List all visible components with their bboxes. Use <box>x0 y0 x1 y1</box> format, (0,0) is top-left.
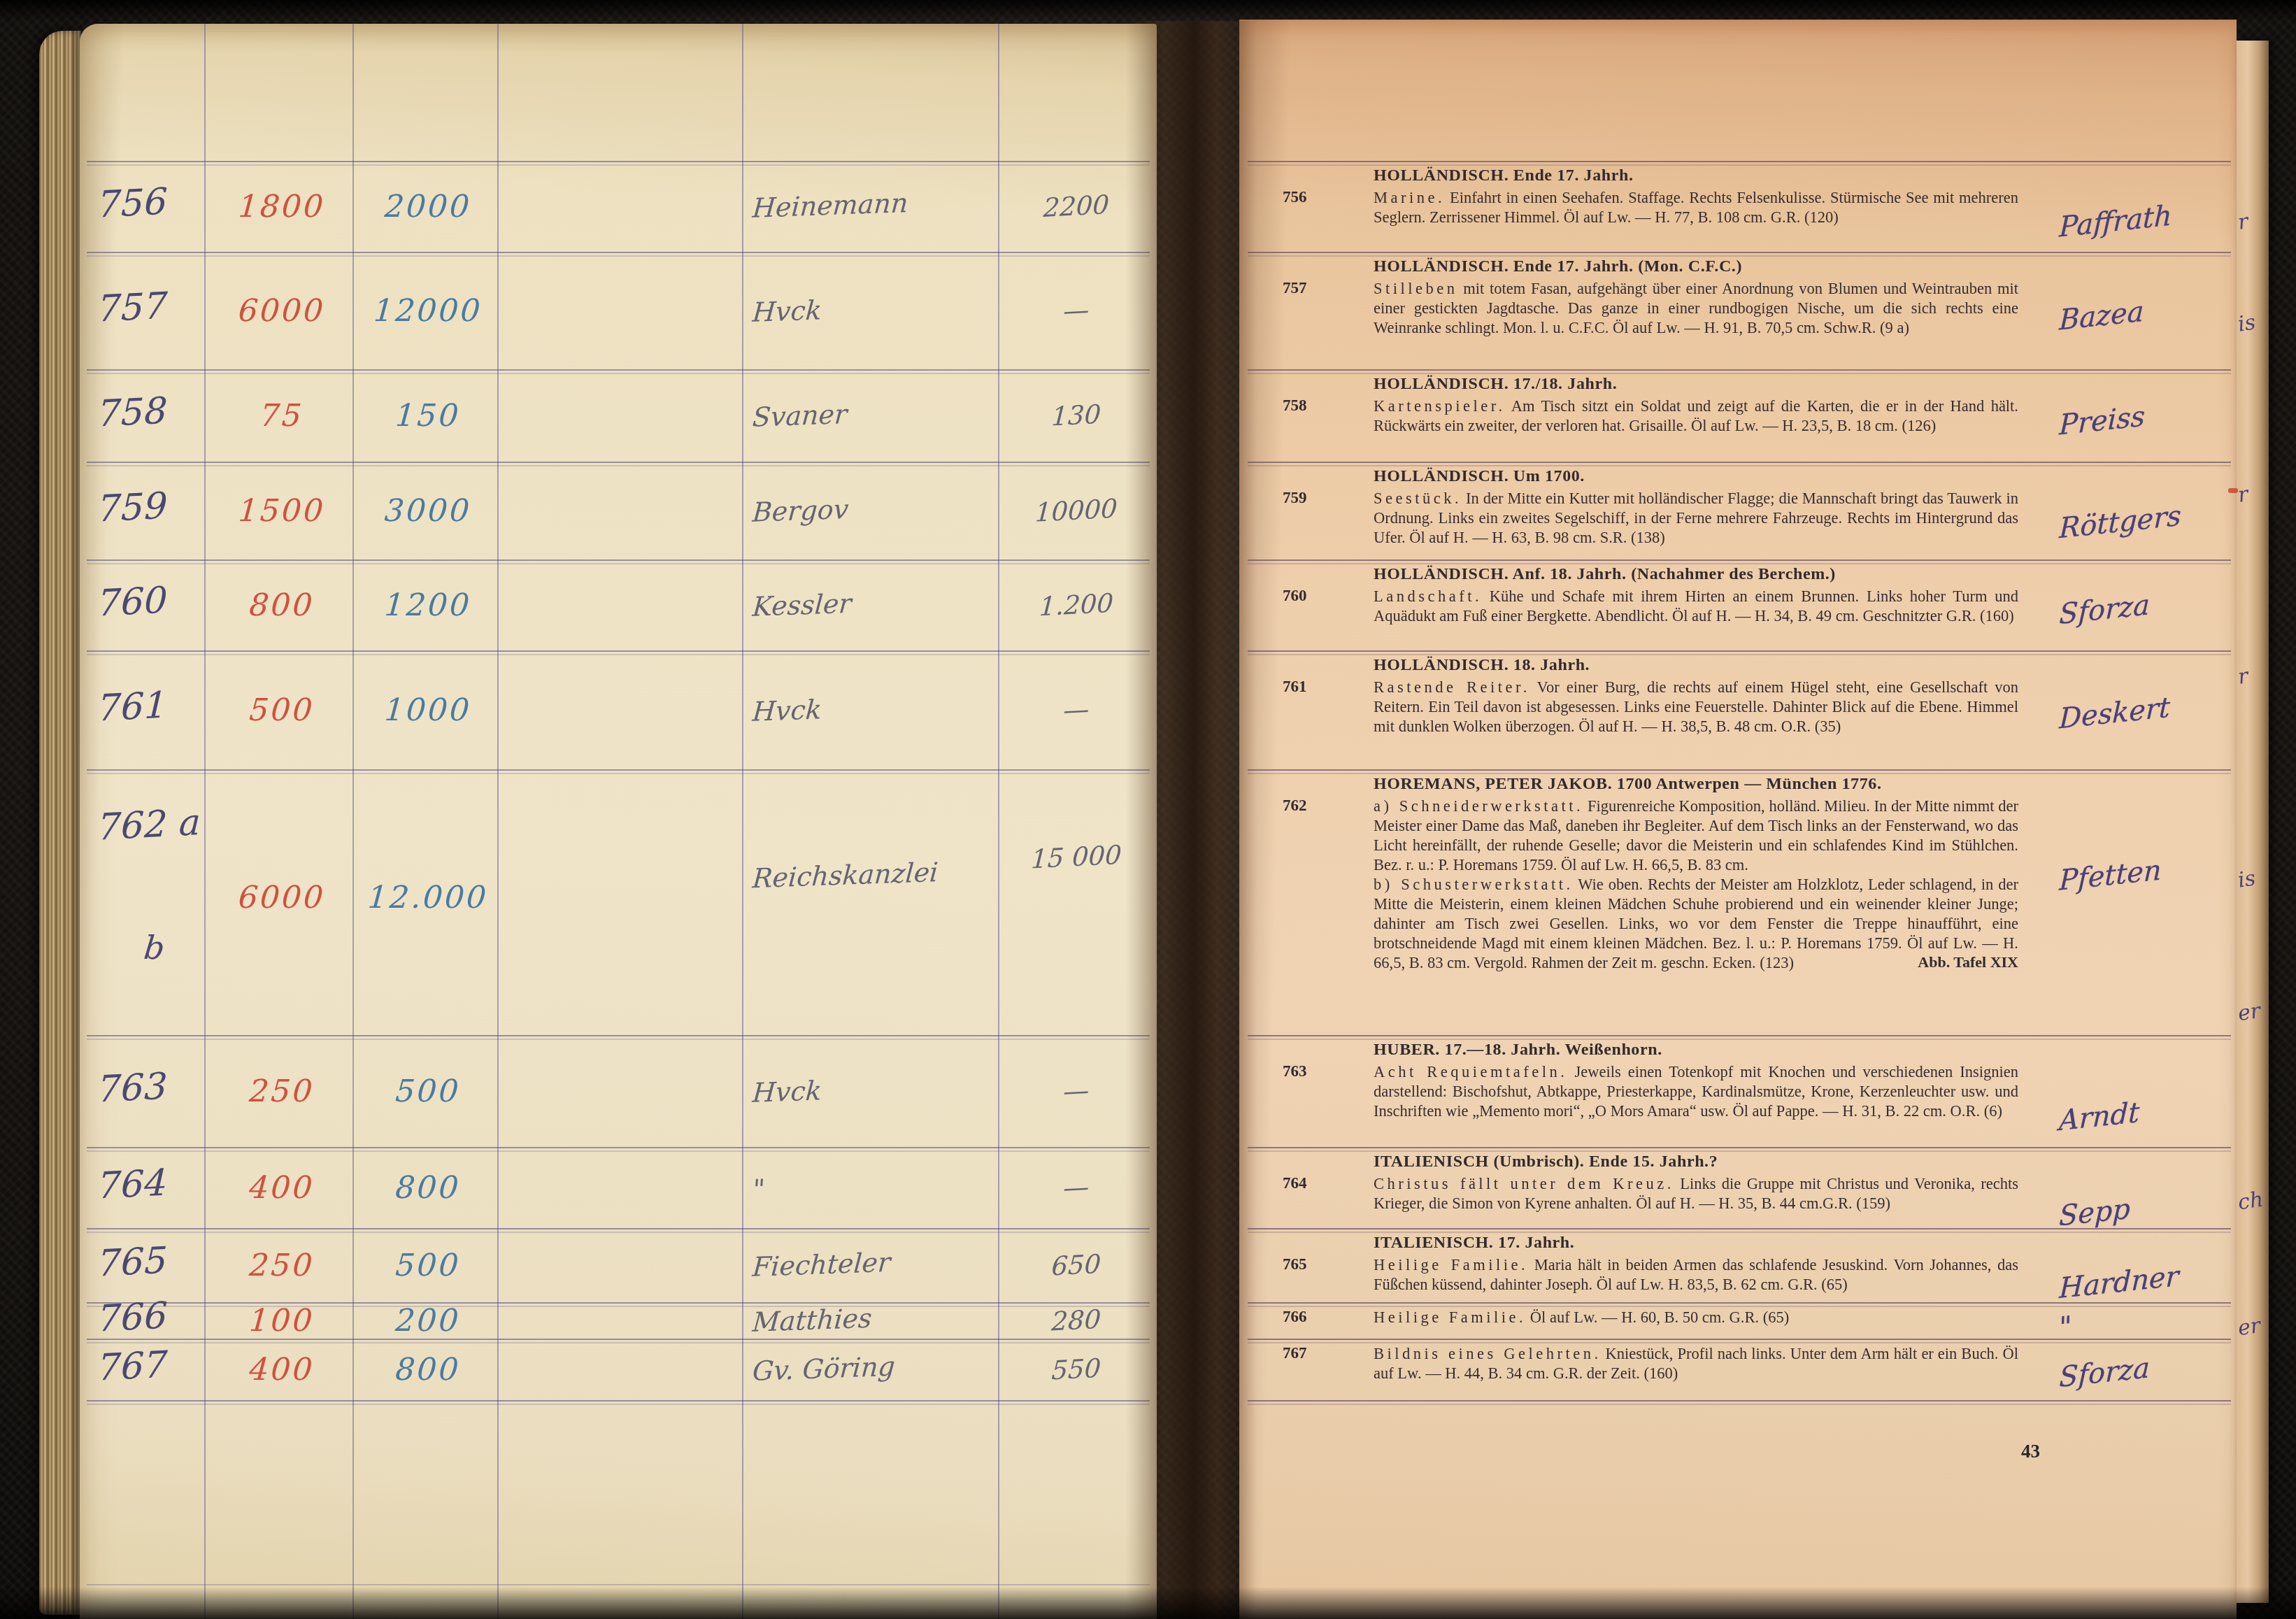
limit-price-red: 1800 <box>208 189 355 224</box>
entry-body: 764 Christus fällt unter dem Kreuz. Link… <box>1374 1174 2018 1213</box>
entry-title: Rastende Reiter. <box>1374 678 1530 696</box>
entry-title: Christus fällt unter dem Kreuz. <box>1374 1175 1674 1192</box>
hammer-price: 130 <box>1004 397 1149 434</box>
catalog-entry: HOLLÄNDISCH. Anf. 18. Jahrh. (Nachahmer … <box>1239 565 2237 626</box>
limit-price-red: 100 <box>208 1303 355 1339</box>
ledger-row: 764 400 800 " — <box>80 1147 1157 1228</box>
entry-title: Bildnis eines Gelehrten. <box>1374 1345 1602 1362</box>
lot-number-sub: b <box>142 929 166 967</box>
hammer-price: — <box>1004 292 1149 329</box>
estimate-price-blue: 800 <box>354 1170 502 1206</box>
hammer-price: 650 <box>1004 1246 1149 1284</box>
entry-school-header: ITALIENISCH. 17. Jahrh. <box>1374 1234 2237 1253</box>
margin-buyer-name: Paffrath <box>2059 199 2173 243</box>
entry-number: 767 <box>1283 1344 1307 1362</box>
estimate-price-blue: 1000 <box>354 692 502 728</box>
estimate-price-blue: 150 <box>354 398 502 434</box>
catalog-entry: HOLLÄNDISCH. 17./18. Jahrh. 758 Kartensp… <box>1239 375 2237 436</box>
hammer-price: 280 <box>1004 1301 1149 1339</box>
entry-body: 763 Acht Requiemtafeln. Jeweils einen To… <box>1374 1062 2018 1121</box>
estimate-price-blue: 12000 <box>354 293 502 329</box>
entry-body: 765 Heilige Familie. Maria hält in beide… <box>1374 1255 2018 1295</box>
hammer-price: 10000 <box>1004 492 1149 529</box>
ledger-row: 759 1500 3000 Bergov 10000 <box>80 462 1157 559</box>
hammer-price: 550 <box>1004 1350 1149 1388</box>
entry-title: Seestück. <box>1374 490 1462 507</box>
limit-price-red: 400 <box>208 1170 355 1206</box>
estimate-price-blue: 3000 <box>354 493 502 529</box>
entry-paragraph-a: Stilleben mit totem Fasan, aufgehängt üb… <box>1374 279 2018 338</box>
entry-number: 758 <box>1283 397 1307 415</box>
margin-buyer-name: Sforza <box>2059 589 2151 631</box>
lot-number: 762 a <box>97 799 252 849</box>
entry-description: In der Mitte ein Kutter mit holländische… <box>1374 490 2018 546</box>
entry-paragraph-a: Heilige Familie. Öl auf Lw. — H. 60, B. … <box>1374 1308 2018 1327</box>
entry-body: 759 Seestück. In der Mitte ein Kutter mi… <box>1374 489 2018 548</box>
entry-paragraph-a: Christus fällt unter dem Kreuz. Links di… <box>1374 1174 2018 1213</box>
buyer-name: Svaner <box>752 393 1006 433</box>
limit-price-red: 75 <box>208 398 355 434</box>
entry-number: 765 <box>1283 1255 1307 1274</box>
entry-body: 767 Bildnis eines Gelehrten. Kniestück, … <box>1374 1344 2018 1383</box>
estimate-price-blue: 2000 <box>354 189 502 224</box>
entry-title: Heilige Familie. <box>1374 1256 1528 1274</box>
entry-paragraph-a: Bildnis eines Gelehrten. Kniestück, Prof… <box>1374 1344 2018 1383</box>
hammer-price: 2200 <box>1004 187 1149 225</box>
buyer-name: " <box>752 1165 1006 1205</box>
entry-number: 766 <box>1283 1308 1307 1326</box>
hammer-price: — <box>1004 1169 1149 1206</box>
entry-body: 762 a) Schneiderwerkstatt. Figurenreiche… <box>1374 797 2018 971</box>
catalog-entry: 767 Bildnis eines Gelehrten. Kniestück, … <box>1239 1344 2237 1383</box>
ledger-row: 763 250 500 Hvck — <box>80 1035 1157 1147</box>
buyer-name: Hvck <box>752 288 1006 328</box>
estimate-price-blue: 500 <box>354 1074 502 1109</box>
hammer-price: — <box>1004 1072 1149 1110</box>
estimate-price-blue: 1200 <box>354 587 502 623</box>
entry-school-header: HOLLÄNDISCH. Ende 17. Jahrh. <box>1374 166 2237 185</box>
entry-title-b: b) Schusterwerkstatt. <box>1374 876 1574 893</box>
estimate-price-blue: 800 <box>354 1352 502 1388</box>
estimate-price-blue: 500 <box>354 1248 502 1283</box>
margin-buyer-name: " <box>2058 1311 2072 1344</box>
entry-school-header: HUBER. 17.—18. Jahrh. Weißenhorn. <box>1374 1041 2237 1060</box>
entry-school-header: HOLLÄNDISCH. Ende 17. Jahrh. (Mon. C.F.C… <box>1374 257 2237 276</box>
margin-buyer-name: Deskert <box>2059 691 2171 735</box>
entry-description: mit totem Fasan, aufgehängt über einer A… <box>1374 280 2018 336</box>
entry-paragraph-a: Heilige Familie. Maria hält in beiden Ar… <box>1374 1255 2018 1295</box>
ledger-row: 762 a b 6000 12.000 Reichskanzlei 15 000 <box>80 769 1157 1035</box>
entry-number: 756 <box>1283 188 1307 206</box>
entry-body: 758 Kartenspieler. Am Tisch sitzt ein So… <box>1374 397 2018 436</box>
ledger-row: 756 1800 2000 Heinemann 2200 <box>80 161 1157 252</box>
ledger-row: 766 100 200 Matthies 280 <box>80 1302 1157 1339</box>
ledger-row: 757 6000 12000 Hvck — <box>80 252 1157 369</box>
ledger-row: 761 500 1000 Hvck — <box>80 650 1157 769</box>
buyer-name: Hvck <box>752 1069 1006 1108</box>
margin-buyer-name: Hardner <box>2059 1260 2180 1305</box>
margin-buyer-name: Arndt <box>2059 1097 2140 1137</box>
catalog-entry: HOLLÄNDISCH. Ende 17. Jahrh. (Mon. C.F.C… <box>1239 257 2237 338</box>
catalog-entry: ITALIENISCH (Umbrisch). Ende 15. Jahrh.?… <box>1239 1153 2237 1213</box>
ledger-row: 767 400 800 Gv. Göring 550 <box>80 1339 1157 1400</box>
catalog-entry: HOLLÄNDISCH. 18. Jahrh. 761 Rastende Rei… <box>1239 656 2237 736</box>
buyer-name: Gv. Göring <box>752 1347 1006 1387</box>
limit-price-red: 400 <box>208 1352 355 1388</box>
entry-number: 762 <box>1283 797 1307 815</box>
margin-buyer-name: Sepp <box>2058 1192 2130 1232</box>
entry-body: 756 Marine. Einfahrt in einen Seehafen. … <box>1374 188 2018 227</box>
entry-title: Kartenspieler. <box>1374 397 1506 415</box>
entry-school-header: HOLLÄNDISCH. Um 1700. <box>1374 467 2237 486</box>
margin-buyer-name: Preiss <box>2059 400 2146 441</box>
catalog-entry: HOLLÄNDISCH. Ende 17. Jahrh. 756 Marine.… <box>1239 166 2237 227</box>
buyer-name: Bergov <box>752 488 1006 528</box>
entry-title: Acht Requiemtafeln. <box>1374 1063 1567 1080</box>
entry-paragraph-a: Acht Requiemtafeln. Jeweils einen Totenk… <box>1374 1062 2018 1121</box>
limit-price-red: 800 <box>208 587 355 623</box>
entry-paragraph-a: a) Schneiderwerkstatt. Figurenreiche Kom… <box>1374 797 2018 875</box>
estimate-price-blue: 12.000 <box>354 880 502 915</box>
entry-body: 761 Rastende Reiter. Vor einer Burg, die… <box>1374 678 2018 736</box>
entry-number: 761 <box>1283 678 1307 696</box>
ledger-row: 758 75 150 Svaner 130 <box>80 369 1157 462</box>
entry-paragraph-a: Kartenspieler. Am Tisch sitzt ein Soldat… <box>1374 397 2018 436</box>
entry-description: Öl auf Lw. — H. 60, B. 50 cm. G.R. (65) <box>1526 1308 1789 1326</box>
buyer-name: Heinemann <box>752 184 1006 224</box>
catalog-entry: HUBER. 17.—18. Jahrh. Weißenhorn. 763 Ac… <box>1239 1041 2237 1121</box>
hammer-price: 15 000 <box>1004 839 1149 876</box>
entry-body: 757 Stilleben mit totem Fasan, aufgehäng… <box>1374 279 2018 338</box>
margin-buyer-name: Pfetten <box>2059 854 2162 897</box>
buyer-name: Fiechteler <box>752 1243 1006 1283</box>
entry-number: 764 <box>1283 1174 1307 1192</box>
entry-paragraph-a: Landschaft. Kühe und Schafe mit ihrem Hi… <box>1374 587 2018 626</box>
catalog-entry: ITALIENISCH. 17. Jahrh. 765 Heilige Fami… <box>1239 1234 2237 1295</box>
hammer-price: — <box>1004 691 1149 729</box>
fore-edge: risrrisercher <box>2237 41 2269 1603</box>
buyer-name: Reichskanzlei <box>752 855 1006 894</box>
entry-title: Marine. <box>1374 189 1445 206</box>
page-number: 43 <box>2021 1441 2040 1462</box>
entry-body: 760 Landschaft. Kühe und Schafe mit ihre… <box>1374 587 2018 626</box>
catalog-entry: HOREMANS, PETER JAKOB. 1700 Antwerpen — … <box>1239 775 2237 971</box>
entry-paragraph-a: Seestück. In der Mitte ein Kutter mit ho… <box>1374 489 2018 548</box>
buyer-name: Kessler <box>752 583 1006 622</box>
entry-description: Einfahrt in einen Seehafen. Staffage. Re… <box>1374 189 2018 226</box>
limit-price-red: 6000 <box>208 293 355 329</box>
entry-number: 757 <box>1283 279 1307 297</box>
catalog-entry: 766 Heilige Familie. Öl auf Lw. — H. 60,… <box>1239 1308 2237 1327</box>
entry-school-header: HOREMANS, PETER JAKOB. 1700 Antwerpen — … <box>1374 775 2237 794</box>
buyer-name: Matthies <box>752 1298 1006 1338</box>
margin-buyer-name: Sforza <box>2059 1352 2151 1394</box>
entry-paragraph-a: Rastende Reiter. Vor einer Burg, die rec… <box>1374 678 2018 736</box>
book-binding-edge <box>39 31 81 1615</box>
buyer-name: Hvck <box>752 687 1006 727</box>
entry-title: Landschaft. <box>1374 587 1482 605</box>
entry-title: Stilleben <box>1374 280 1458 297</box>
limit-price-red: 250 <box>208 1248 355 1283</box>
entry-body: 766 Heilige Familie. Öl auf Lw. — H. 60,… <box>1374 1308 2018 1327</box>
entry-school-header: ITALIENISCH (Umbrisch). Ende 15. Jahrh.? <box>1374 1153 2237 1171</box>
margin-buyer-name: Bazea <box>2059 295 2145 336</box>
entry-title: Heilige Familie. <box>1374 1308 1526 1326</box>
entry-number: 763 <box>1283 1062 1307 1080</box>
limit-price-red: 1500 <box>208 493 355 529</box>
limit-price-red: 500 <box>208 692 355 728</box>
entry-school-header: HOLLÄNDISCH. Anf. 18. Jahrh. (Nachahmer … <box>1374 565 2237 584</box>
entry-school-header: HOLLÄNDISCH. 18. Jahrh. <box>1374 656 2237 675</box>
margin-buyer-name: Röttgers <box>2059 500 2182 545</box>
catalog-entry: HOLLÄNDISCH. Um 1700. 759 Seestück. In d… <box>1239 467 2237 548</box>
ledger-page-left: 756 1800 2000 Heinemann 2200 757 6000 12… <box>80 24 1157 1619</box>
entry-paragraph-a: Marine. Einfahrt in einen Seehafen. Staf… <box>1374 188 2018 227</box>
entry-title: a) Schneiderwerkstatt. <box>1374 797 1583 815</box>
ledger-row: 760 800 1200 Kessler 1.200 <box>80 559 1157 650</box>
limit-price-red: 250 <box>208 1074 355 1109</box>
hammer-price: 1.200 <box>1004 586 1149 624</box>
entry-number: 760 <box>1283 587 1307 605</box>
entry-school-header: HOLLÄNDISCH. 17./18. Jahrh. <box>1374 375 2237 394</box>
limit-price-red: 6000 <box>208 880 355 915</box>
entry-number: 759 <box>1283 489 1307 507</box>
catalog-page-right: HOLLÄNDISCH. Ende 17. Jahrh. 756 Marine.… <box>1239 20 2237 1619</box>
estimate-price-blue: 200 <box>354 1303 502 1339</box>
